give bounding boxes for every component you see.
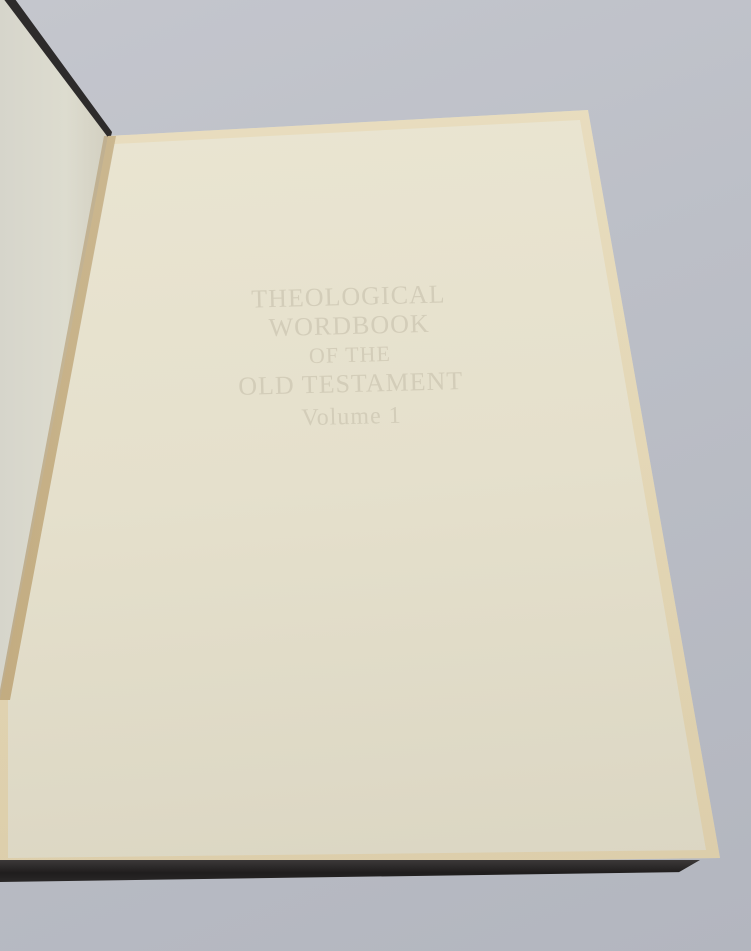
book-cover-edge xyxy=(0,860,700,882)
title-line-4: Old Testament xyxy=(205,365,496,402)
book-photo: Theological Wordbook of the Old Testamen… xyxy=(0,0,751,951)
book-title: Theological Wordbook of the Old Testamen… xyxy=(203,278,497,435)
